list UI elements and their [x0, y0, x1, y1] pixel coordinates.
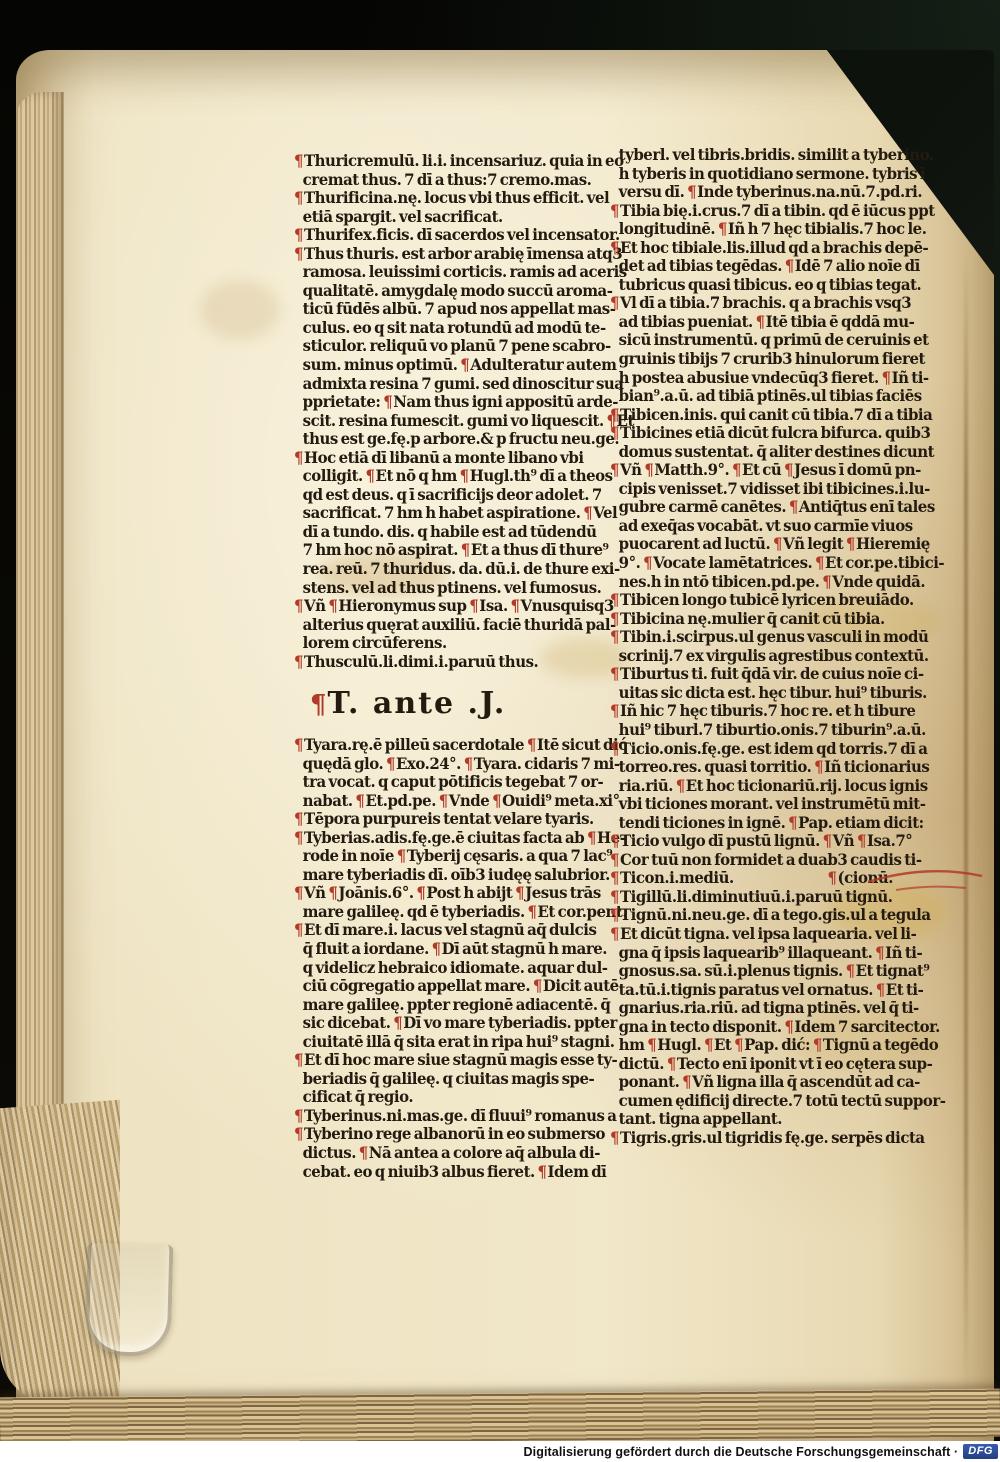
text-line: ad tibias pueniat. ¶Itē tibia ē qddā mu- — [610, 313, 928, 332]
rubric-mark: ¶ — [610, 609, 619, 628]
text-line: 9°. ¶Vocate lamētatrices. ¶Et cor.pe.tib… — [610, 554, 928, 573]
text-line: ¶Tyberias.adis.fę.ge.ē ciuitas facta ab … — [294, 829, 609, 848]
text-line: q̄ fluit a iordane. ¶Dī aūt stagnū h mar… — [294, 940, 609, 959]
text-line: ¶Tibia bię.i.crus.7 dī a tibin. qd ē iūc… — [610, 202, 928, 221]
rubric-mark: ¶ — [846, 961, 855, 980]
page-edge-right — [969, 250, 995, 1400]
text-line: mare tyberiadis dī. oīb3 iudęę salubrior… — [294, 866, 609, 885]
text-line: gubre carmē canētes. ¶Antiq̄tus enī tale… — [610, 498, 928, 517]
text-line: ¶Et hoc tibiale.lis.illud qd a brachis d… — [610, 239, 928, 258]
section-heading: ¶T. ante .J. — [310, 684, 610, 725]
text-line: colligit. ¶Et nō q hm ¶Hugl.th⁹ dī a the… — [294, 467, 609, 486]
rubric-mark: ¶ — [704, 1035, 713, 1054]
rubric-mark: ¶ — [294, 225, 303, 244]
rubric-mark: ¶ — [610, 238, 619, 257]
rubric-mark: ¶ — [815, 553, 824, 572]
rubric-mark: ¶ — [610, 850, 619, 869]
text-line: sacrificat. 7 hm h habet aspiratione. ¶V… — [294, 504, 609, 523]
text-line: versu dī. ¶Inde tyberinus.na.nū.7.pd.ri. — [610, 183, 928, 202]
text-line: pprietate: ¶Nam thus igni appositū arde- — [294, 393, 609, 412]
text-line: h tyberis in quotidiano sermone. tybris … — [610, 165, 928, 184]
rubric-mark: ¶ — [667, 1054, 676, 1073]
text-line: lorem circūferens. — [294, 634, 609, 653]
text-line: ¶Tibicen.inis. qui canit cū tibia.7 dī a… — [610, 406, 928, 425]
rubric-mark: ¶ — [647, 1035, 656, 1054]
text-line: ¶Thurificina.nę. locus vbi thus efficit.… — [294, 189, 609, 208]
rubric-mark: ¶ — [386, 754, 395, 773]
text-line: quędā glo. ¶Exo.24°. ¶Tyara. cidaris 7 m… — [294, 755, 609, 774]
text-line: gna q̄ ipsis laquearib⁹ illaqueant. ¶Iñ … — [610, 944, 928, 963]
rubric-mark: ¶ — [461, 540, 470, 559]
right-column: tyberl. vel tibris.bridis. similit a tyb… — [610, 146, 940, 1148]
rubric-mark: ¶ — [492, 791, 501, 810]
rubric-mark: ¶ — [510, 596, 519, 615]
rubric-mark: ¶ — [610, 423, 619, 442]
rubric-mark: ¶ — [515, 883, 524, 902]
rubric-mark: ¶ — [294, 883, 303, 902]
text-line: nes.h in ntō tibicen.pd.pe. ¶Vnde quidā. — [610, 573, 928, 592]
text-line: ciuitatē illā q̄ sita erat in ripa hui⁹ … — [294, 1033, 609, 1052]
rubric-mark: ¶ — [875, 943, 884, 962]
text-line: admixta resina 7 gumi. sed dinoscitur su… — [294, 375, 609, 394]
text-line: ta.tū.i.tignis paratus vel ornatus. ¶Et … — [610, 981, 928, 1000]
text-line: cremat thus. 7 dī a thus:7 cremo.mas. — [294, 171, 609, 190]
text-line: ¶Thuricremulū. li.i. incensariuz. quia i… — [294, 152, 609, 171]
rubric-mark: ¶ — [822, 572, 831, 591]
rubric-mark: ¶ — [355, 791, 364, 810]
text-line: uitas sic dicta est. hęc tibur. hui⁹ tib… — [610, 684, 928, 703]
rubric-mark: ¶ — [610, 1128, 619, 1147]
text-line: ad exeq̄as vocabāt. vt suo carmīe viuos — [610, 517, 928, 536]
rubric-mark: ¶ — [687, 182, 696, 201]
rubric-mark: ¶ — [676, 776, 685, 795]
rubric-mark: ¶ — [610, 739, 619, 758]
text-line: ¶Tibin.i.scirpus.ul genus vasculi in mod… — [610, 628, 928, 647]
text-line: hui⁹ tiburl.7 tiburtio.onis.7 tiburin⁹.a… — [610, 721, 928, 740]
rubric-mark: ¶ — [828, 868, 837, 887]
rubric-mark: ¶ — [294, 244, 303, 263]
text-line: ciū cōgregatio appellat mare. ¶Dicit aut… — [294, 977, 609, 996]
text-line: q videlicz hebraico idiomate. aquar dul- — [294, 959, 609, 978]
text-line: ¶Tignū.ni.neu.ge. dī a tego.gis.ul a teg… — [610, 906, 928, 925]
text-line: sticulor. reliquū vo planū 7 pene scabro… — [294, 337, 609, 356]
text-line: ¶Vñ ¶Joānis.6°. ¶Post h abijt ¶Jesus trā… — [294, 884, 609, 903]
text-line: ¶Et dī mare.i. lacus vel stagnū aq̄ dulc… — [294, 921, 609, 940]
text-line: ponant. ¶Vñ ligna illa q̄ ascendūt ad ca… — [610, 1073, 928, 1092]
digitization-footer: Digitalisierung gefördert durch die Deut… — [0, 1441, 1000, 1462]
rubric-mark: ¶ — [876, 980, 885, 999]
text-line: stens. vel ad thus ptinens. vel fumosus. — [294, 579, 609, 598]
rubric-mark: ¶ — [644, 460, 653, 479]
rubric-mark: ¶ — [294, 735, 303, 754]
text-line: ¶Tiburtus ti. fuit q̄dā vir. de cuius no… — [610, 665, 928, 684]
rubric-mark: ¶ — [294, 188, 303, 207]
rubric-mark: ¶ — [416, 883, 425, 902]
text-line: ¶Tigris.gris.ul tigridis fę.ge. serpēs d… — [610, 1129, 928, 1148]
text-line: ¶Thus thuris. est arbor arabię īmensa at… — [294, 245, 609, 264]
rubric-mark: ¶ — [359, 1143, 368, 1162]
text-line: scit. resina fumescit. gumi vo liquescit… — [294, 412, 609, 431]
left-column-upper: ¶Thuricremulū. li.i. incensariuz. quia i… — [294, 152, 620, 671]
text-line: gnosus.sa. sū.i.plenus tignis. ¶Et tigna… — [610, 962, 928, 981]
dfg-logo: DFG — [963, 1444, 998, 1459]
rubric-mark: ¶ — [294, 1050, 303, 1069]
rubric-mark: ¶ — [583, 503, 592, 522]
text-line: tyberl. vel tibris.bridis. similit a tyb… — [610, 146, 928, 165]
rubric-mark: ¶ — [846, 534, 855, 553]
text-line: gna in tecto disponit. ¶Idem 7 sarcitect… — [610, 1018, 928, 1037]
text-line: gnarius.ria.riū. ad tigna ptinēs. vel q̄… — [610, 999, 928, 1018]
text-line: gruinis tibijs 7 crurib3 hinulorum fiere… — [610, 350, 928, 369]
rubric-mark: ¶ — [294, 1106, 303, 1125]
rubric-mark: ¶ — [857, 831, 866, 850]
text-line: ¶Thusculū.li.dimi.i.paruū thus. — [294, 653, 609, 672]
rubric-mark: ¶ — [610, 405, 619, 424]
text-line: tant. tigna appellant. — [610, 1110, 928, 1129]
rubric-mark: ¶ — [294, 809, 303, 828]
rubric-mark: ¶ — [610, 905, 619, 924]
rubric-mark: ¶ — [469, 596, 478, 615]
text-line: 7 hm hoc nō aspirat. ¶Et a thus dī thure… — [294, 541, 609, 560]
text-line: ¶Tibicines etiā dicūt fulcra bifurca. qu… — [610, 424, 928, 443]
text-line: ¶Vl dī a tibia.7 brachis. q a brachis vs… — [610, 294, 928, 313]
text-line: ¶Tēpora purpureis tentat velare tyaris. — [294, 810, 609, 829]
text-line: torreo.res. quasi torritio. ¶Iñ ticionar… — [610, 758, 928, 777]
text-line: ¶Et dī hoc mare siue stagnū magis esse t… — [294, 1051, 609, 1070]
rubric-mark: ¶ — [527, 902, 536, 921]
left-column-lower: ¶Tyara.rę.ē pilleū sacerdotale ¶Itē sicu… — [294, 736, 620, 1181]
text-line: ¶Et dicūt tigna. vel ipsa laquearia. vel… — [610, 925, 928, 944]
text-line: rea. reū. 7 thuridus. da. dū.i. de thure… — [294, 560, 609, 579]
rubric-mark: ¶ — [533, 976, 542, 995]
text-line: sum. minus optimū. ¶Adulteratur autem — [294, 356, 609, 375]
text-line: etiā spargit. vel sacrificat. — [294, 208, 609, 227]
rubric-mark: ¶ — [610, 460, 619, 479]
rubric-mark: ¶ — [813, 1035, 822, 1054]
text-line: ¶Vñ ¶Matth.9°. ¶Et cū ¶Jesus ī domū pn- — [610, 461, 928, 480]
rubric-mark: ¶ — [773, 534, 782, 553]
text-line: ¶Ticio.onis.fę.ge. est idem qd torris.7 … — [610, 740, 928, 759]
rubric-mark: ¶ — [460, 355, 469, 374]
text-line: ¶Tibicina nę.mulier q̄ canit cū tibia. — [610, 610, 928, 629]
attribution-text: Digitalisierung gefördert durch die Deut… — [524, 1445, 959, 1459]
text-line: ¶Ticio vulgo dī pustū lignū. ¶Vñ ¶Isa.7° — [610, 832, 928, 851]
text-line: tubricus quasi tibicus. eo q tibias tega… — [610, 276, 928, 295]
text-line: culus. eo q sit nata rotundū ad modū te- — [294, 319, 609, 338]
rubric-mark: ¶ — [294, 1124, 303, 1143]
text-line: ¶Tyberino rege albanorū in eo submerso — [294, 1125, 609, 1144]
rubric-mark: ¶ — [784, 1017, 793, 1036]
text-line: ria.riū. ¶Et hoc ticionariū.rij. locus i… — [610, 777, 928, 796]
rubric-mark: ¶ — [538, 1162, 547, 1181]
text-line: longitudinē. ¶Iñ h 7 hęc tibialis.7 hoc … — [610, 220, 928, 239]
text-line: ¶Hoc etiā dī libanū a monte libano vbi — [294, 449, 609, 468]
rubric-mark: ¶ — [294, 828, 303, 847]
text-line: alterius quęrat auxiliū. faciē thuridā p… — [294, 616, 609, 635]
rubric-mark: ¶ — [788, 813, 797, 832]
rubric-mark: ¶ — [294, 652, 303, 671]
rubric-mark: ¶ — [464, 754, 473, 773]
text-line: ticū fūdēs albū. 7 apud nos appellat mas… — [294, 300, 609, 319]
text-line: ¶Vñ ¶Hieronymus sup ¶Isa. ¶Vnusquisq3 — [294, 597, 609, 616]
rubric-mark: ¶ — [294, 920, 303, 939]
text-block-bottom-edge — [0, 1389, 1000, 1446]
rubric-mark: ¶ — [610, 701, 619, 720]
text-line: tendi ticiones in ignē. ¶Pap. etiam dici… — [610, 814, 928, 833]
rubric-mark: ¶ — [366, 466, 375, 485]
rubric-mark: ¶ — [610, 831, 619, 850]
rubric-mark: ¶ — [439, 791, 448, 810]
rubric-mark: ¶ — [383, 392, 392, 411]
rubric-mark: ¶ — [610, 627, 619, 646]
rubric-mark: ¶ — [397, 846, 406, 865]
text-line: cificat q̄ regio. — [294, 1088, 609, 1107]
rubric-mark: ¶ — [610, 201, 619, 220]
rubric-mark: ¶ — [294, 596, 303, 615]
text-line: ¶Iñ hic 7 hęc tiburis.7 hoc re. et h tib… — [610, 702, 928, 721]
text-line: sic dicebat. ¶Dī vo mare tyberiadis. ppt… — [294, 1014, 609, 1033]
rubric-mark: ¶ — [460, 466, 469, 485]
rubric-mark: ¶ — [756, 312, 765, 331]
text-line: ¶Tyberinus.ni.mas.ge. dī fluui⁹ romanus … — [294, 1107, 609, 1126]
text-line: nabat. ¶Et.pd.pe. ¶Vnde ¶Ouidi⁹ meta.xi° — [294, 792, 609, 811]
text-line: domus sustentat. q̄ aliter destines dicu… — [610, 443, 928, 462]
rubric-mark: ¶ — [610, 293, 619, 312]
text-line: ¶Tibicen longo tubicē lyricen breuiādo. — [610, 591, 928, 610]
rubric-mark: ¶ — [610, 868, 619, 887]
page-crease — [964, 255, 968, 1392]
text-line: hm ¶Hugl. ¶Et ¶Pap. dić: ¶Tignū a tegēdo — [610, 1036, 928, 1055]
text-line: qualitatē. amygdalę modo succū aroma- — [294, 282, 609, 301]
text-line: h postea abusiue vndecūq3 fieret. ¶Iñ ti… — [610, 369, 928, 388]
text-line: thus est ge.fę.p arbore.& p fructu neu.g… — [294, 430, 609, 449]
rubric-mark: ¶ — [294, 151, 303, 170]
text-line: cipis venisset.7 vidisset ibi tibicines.… — [610, 480, 928, 499]
rubric-mark: ¶ — [310, 690, 327, 720]
rubric-mark: ¶ — [393, 1013, 402, 1032]
text-line: scrinij.7 ex virgulis agrestibus context… — [610, 647, 928, 666]
text-line: det ad tibias tegēdas. ¶Idē 7 alio noīe … — [610, 257, 928, 276]
text-line: ¶Tyara.rę.ē pilleū sacerdotale ¶Itē sicu… — [294, 736, 609, 755]
rubric-mark: ¶ — [328, 883, 337, 902]
rubric-mark: ¶ — [814, 757, 823, 776]
text-line: dictū. ¶Tecto enī iponit vt ī eo cętera … — [610, 1055, 928, 1074]
text-line: puocarent ad luctū. ¶Vñ legit ¶Hieremię — [610, 535, 928, 554]
text-line: dī a tundo. dis. q habile est ad tūdendū — [294, 523, 609, 542]
rubric-mark: ¶ — [732, 460, 741, 479]
text-line: mare galileę. qd ē tyberiadis. ¶Et cor.p… — [294, 903, 609, 922]
stain — [200, 280, 280, 340]
rubric-mark: ¶ — [882, 368, 891, 387]
rubric-mark: ¶ — [823, 831, 832, 850]
text-line: tra vocat. q caput pōtificis tegebat 7 o… — [294, 773, 609, 792]
rubric-mark: ¶ — [785, 256, 794, 275]
red-flourish-mark — [866, 862, 986, 898]
rubric-mark: ¶ — [784, 460, 793, 479]
text-line: cumen ędificij directe.7 totū tectū supp… — [610, 1092, 928, 1111]
rubric-mark: ¶ — [328, 596, 337, 615]
text-line: vbi ticiones morant. vel instrumētū mit- — [610, 795, 928, 814]
text-line: mare galileę. ppter regionē adiacentē. q… — [294, 996, 609, 1015]
page-holder-clip — [85, 1243, 174, 1357]
rubric-mark: ¶ — [587, 828, 596, 847]
rubric-mark: ¶ — [789, 497, 798, 516]
text-line: rode in noīe ¶Tyberij cęsaris. a qua 7 l… — [294, 847, 609, 866]
rubric-mark: ¶ — [643, 553, 652, 572]
rubric-mark: ¶ — [610, 590, 619, 609]
text-line: beriadis q̄ galileę. q ciuitas magis spe… — [294, 1070, 609, 1089]
rubric-mark: ¶ — [734, 1035, 743, 1054]
text-line: dictus. ¶Nā antea a colore aq̄ albula di… — [294, 1144, 609, 1163]
book-scan: ¶Thuricremulū. li.i. incensariuz. quia i… — [0, 0, 1000, 1462]
rubric-mark: ¶ — [682, 1072, 691, 1091]
rubric-mark: ¶ — [294, 448, 303, 467]
text-line: ¶Thurifex.ficis. dī sacerdos vel incensa… — [294, 226, 609, 245]
text-line: sicū instrumentū. q primū de ceruinis et — [610, 331, 928, 350]
text-line: cebat. eo q niuib3 albus fieret. ¶Idem d… — [294, 1163, 609, 1182]
rubric-mark: ¶ — [527, 735, 536, 754]
rubric-mark: ¶ — [610, 924, 619, 943]
rubric-mark: ¶ — [718, 219, 727, 238]
text-line: ramosa. leuissimi corticis. ramis ad ace… — [294, 263, 609, 282]
text-line: qd est deus. q ī sacrificijs deor adolet… — [294, 486, 609, 505]
text-line: bian⁹.a.ū. ad tibiā ptinēs.ul tibias fac… — [610, 387, 928, 406]
rubric-mark: ¶ — [610, 664, 619, 683]
rubric-mark: ¶ — [610, 887, 619, 906]
rubric-mark: ¶ — [432, 939, 441, 958]
